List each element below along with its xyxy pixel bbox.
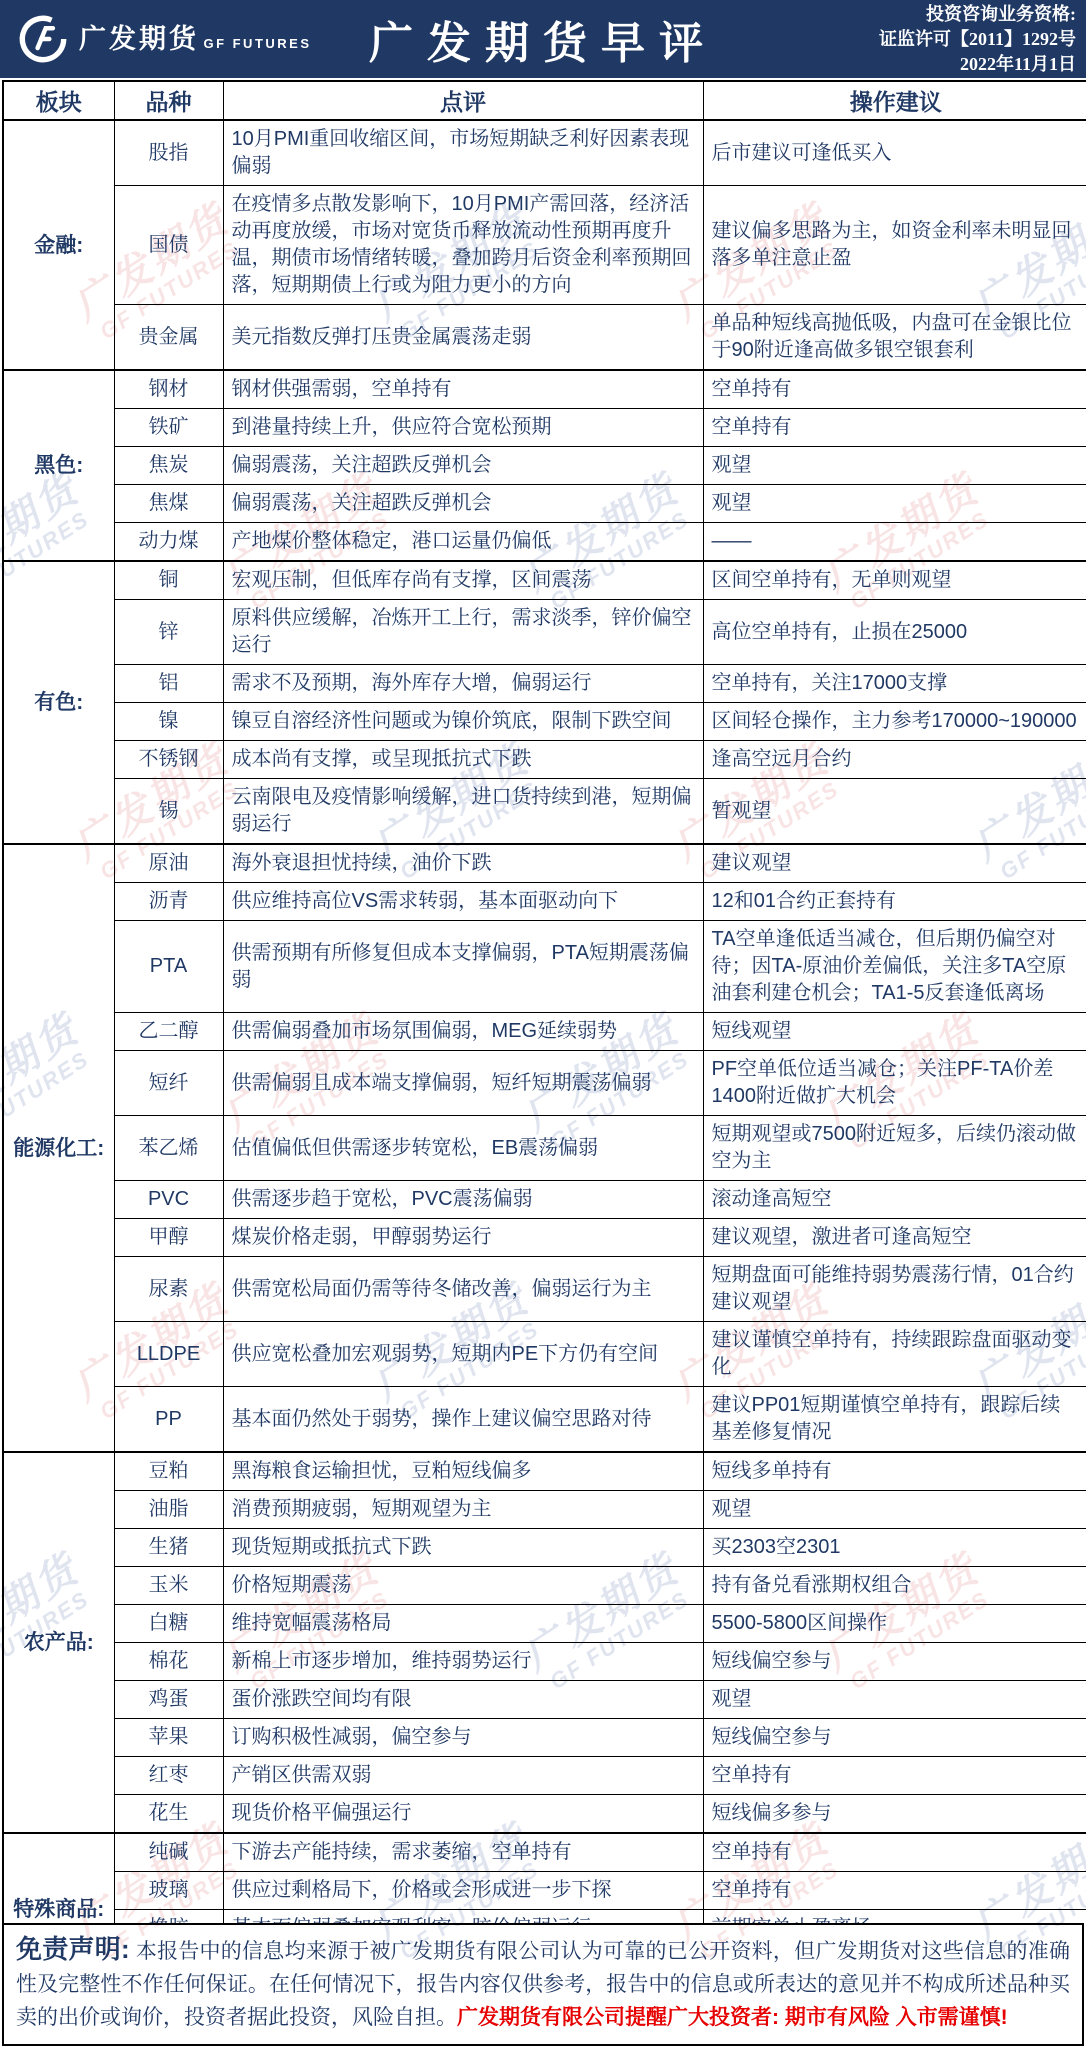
suggestion-cell: 短线偏多参与 <box>703 1795 1086 1834</box>
variety-cell: 镍 <box>114 703 223 741</box>
comment-cell: 产地煤价整体稳定，港口运量仍偏低 <box>223 523 703 562</box>
variety-cell: 铝 <box>114 665 223 703</box>
table-row: 黑色:钢材钢材供强需弱，空单持有空单持有 <box>3 370 1086 409</box>
suggestion-cell: 建议谨慎空单持有，持续跟踪盘面驱动变化 <box>703 1322 1086 1387</box>
suggestion-cell: 空单持有 <box>703 370 1086 409</box>
suggestion-cell: 短线多单持有 <box>703 1452 1086 1491</box>
suggestion-cell: 建议偏多思路为主，如资金利率未明显回落多单注意止盈 <box>703 186 1086 305</box>
variety-cell: 花生 <box>114 1795 223 1834</box>
comment-cell: 美元指数反弹打压贵金属震荡走弱 <box>223 305 703 371</box>
table-row: 铁矿到港量持续上升，供应符合宽松预期空单持有 <box>3 409 1086 447</box>
suggestion-cell: 短线观望 <box>703 1013 1086 1051</box>
variety-cell: 原油 <box>114 844 223 883</box>
risk-warning: 广发期货有限公司提醒广大投资者: 期市有风险 入市需谨慎! <box>457 2006 1008 2029</box>
report-table-body: 金融:股指10月PMI重回收缩区间，市场短期缺乏利好因素表现偏弱后市建议可逢低买… <box>3 120 1086 1923</box>
comment-cell: 云南限电及疫情影响缓解，进口货持续到港，短期偏弱运行 <box>223 779 703 845</box>
table-row: 玉米价格短期震荡持有备兑看涨期权组合 <box>3 1567 1086 1605</box>
suggestion-cell: 空单持有 <box>703 1833 1086 1872</box>
comment-cell: 宏观压制，但低库存尚有支撑，区间震荡 <box>223 561 703 600</box>
column-header-suggestion: 操作建议 <box>703 81 1086 120</box>
comment-cell: 在疫情多点散发影响下，10月PMI产需回落，经济活动再度放缓，市场对宽货币释放流… <box>223 186 703 305</box>
table-row: 油脂消费预期疲弱，短期观望为主观望 <box>3 1491 1086 1529</box>
variety-cell: 钢材 <box>114 370 223 409</box>
variety-cell: 贵金属 <box>114 305 223 371</box>
comment-cell: 偏弱震荡，关注超跌反弹机会 <box>223 447 703 485</box>
table-row: 橡胶基本面偏弱叠加宏观利空，胶价偏弱运行前期空单止盈离场 <box>3 1910 1086 1924</box>
variety-cell: 焦炭 <box>114 447 223 485</box>
suggestion-cell: 观望 <box>703 1681 1086 1719</box>
comment-cell: 煤炭价格走弱，甲醇弱势运行 <box>223 1219 703 1257</box>
comment-cell: 基本面偏弱叠加宏观利空，胶价偏弱运行 <box>223 1910 703 1924</box>
variety-cell: PVC <box>114 1181 223 1219</box>
variety-cell: 棉花 <box>114 1643 223 1681</box>
table-row: PTA供需预期有所修复但成本支撑偏弱，PTA短期震荡偏弱TA空单逢低适当减仓，但… <box>3 921 1086 1013</box>
suggestion-cell: 建议PP01短期谨慎空单持有，跟踪后续基差修复情况 <box>703 1387 1086 1453</box>
table-row: 不锈钢成本尚有支撑，或呈现抵抗式下跌逢高空远月合约 <box>3 741 1086 779</box>
variety-cell: 动力煤 <box>114 523 223 562</box>
credentials: 投资咨询业务资格: 证监许可【2011】1292号 2022年11月1日 <box>879 2 1076 77</box>
variety-cell: 不锈钢 <box>114 741 223 779</box>
comment-cell: 偏弱震荡，关注超跌反弹机会 <box>223 485 703 523</box>
table-row: 鸡蛋蛋价涨跌空间均有限观望 <box>3 1681 1086 1719</box>
suggestion-cell: 短线偏空参与 <box>703 1719 1086 1757</box>
comment-cell: 订购积极性减弱，偏空参与 <box>223 1719 703 1757</box>
variety-cell: 苹果 <box>114 1719 223 1757</box>
table-row: 特殊商品:纯碱下游去产能持续，需求萎缩，空单持有空单持有 <box>3 1833 1086 1872</box>
table-row: 花生现货价格平偏强运行短线偏多参与 <box>3 1795 1086 1834</box>
table-row: 苯乙烯估值偏低但供需逐步转宽松，EB震荡偏弱短期观望或7500附近短多，后续仍滚… <box>3 1116 1086 1181</box>
variety-cell: 沥青 <box>114 883 223 921</box>
suggestion-cell: 空单持有 <box>703 1757 1086 1795</box>
variety-cell: 鸡蛋 <box>114 1681 223 1719</box>
comment-cell: 蛋价涨跌空间均有限 <box>223 1681 703 1719</box>
report-table: 板块 品种 点评 操作建议 金融:股指10月PMI重回收缩区间，市场短期缺乏利好… <box>2 80 1086 1923</box>
comment-cell: 估值偏低但供需逐步转宽松，EB震荡偏弱 <box>223 1116 703 1181</box>
report-page: 广发期货GF FUTURES广发期货GF FUTURES广发期货GF FUTUR… <box>0 0 1086 2048</box>
table-row: 焦炭偏弱震荡，关注超跌反弹机会观望 <box>3 447 1086 485</box>
table-row: 贵金属美元指数反弹打压贵金属震荡走弱单品种短线高抛低吸，内盘可在金银比位于90附… <box>3 305 1086 371</box>
comment-cell: 供应宽松叠加宏观弱势，短期内PE下方仍有空间 <box>223 1322 703 1387</box>
suggestion-cell: 区间轻仓操作，主力参考170000~190000 <box>703 703 1086 741</box>
variety-cell: 国债 <box>114 186 223 305</box>
suggestion-cell: PF空单低位适当减仓；关注PF-TA价差1400附近做扩大机会 <box>703 1051 1086 1116</box>
suggestion-cell: 短期盘面可能维持弱势震荡行情，01合约建议观望 <box>703 1257 1086 1322</box>
disclaimer-label: 免责声明: <box>16 1934 130 1964</box>
variety-cell: PTA <box>114 921 223 1013</box>
comment-cell: 需求不及预期，海外库存大增，偏弱运行 <box>223 665 703 703</box>
comment-cell: 成本尚有支撑，或呈现抵抗式下跌 <box>223 741 703 779</box>
column-header-row: 板块 品种 点评 操作建议 <box>3 81 1086 120</box>
comment-cell: 供需偏弱且成本端支撑偏弱，短纤短期震荡偏弱 <box>223 1051 703 1116</box>
variety-cell: 锡 <box>114 779 223 845</box>
table-row: 甲醇煤炭价格走弱，甲醇弱势运行建议观望，激进者可逢高短空 <box>3 1219 1086 1257</box>
table-row: 玻璃供应过剩格局下，价格或会形成进一步下探空单持有 <box>3 1872 1086 1910</box>
variety-cell: 甲醇 <box>114 1219 223 1257</box>
variety-cell: 玉米 <box>114 1567 223 1605</box>
suggestion-cell: 短期观望或7500附近短多，后续仍滚动做空为主 <box>703 1116 1086 1181</box>
table-row: 短纤供需偏弱且成本端支撑偏弱，短纤短期震荡偏弱PF空单低位适当减仓；关注PF-T… <box>3 1051 1086 1116</box>
suggestion-cell: 前期空单止盈离场 <box>703 1910 1086 1924</box>
comment-cell: 到港量持续上升，供应符合宽松预期 <box>223 409 703 447</box>
variety-cell: 生猪 <box>114 1529 223 1567</box>
variety-cell: 玻璃 <box>114 1872 223 1910</box>
sector-cell: 农产品: <box>3 1452 114 1833</box>
comment-cell: 维持宽幅震荡格局 <box>223 1605 703 1643</box>
comment-cell: 原料供应缓解，冶炼开工上行，需求淡季，锌价偏空运行 <box>223 600 703 665</box>
variety-cell: 铁矿 <box>114 409 223 447</box>
variety-cell: 白糖 <box>114 1605 223 1643</box>
comment-cell: 新棉上市逐步增加，维持弱势运行 <box>223 1643 703 1681</box>
table-row: 沥青供应维持高位VS需求转弱，基本面驱动向下12和01合约正套持有 <box>3 883 1086 921</box>
variety-cell: 短纤 <box>114 1051 223 1116</box>
variety-cell: PP <box>114 1387 223 1453</box>
suggestion-cell: 买2303空2301 <box>703 1529 1086 1567</box>
report-date: 2022年11月1日 <box>879 52 1076 77</box>
table-row: LLDPE供应宽松叠加宏观弱势，短期内PE下方仍有空间建议谨慎空单持有，持续跟踪… <box>3 1322 1086 1387</box>
suggestion-cell: 建议观望 <box>703 844 1086 883</box>
suggestion-cell: 后市建议可逢低买入 <box>703 120 1086 186</box>
logo-name-cn: 广发期货 <box>79 24 199 54</box>
sector-cell: 黑色: <box>3 370 114 561</box>
comment-cell: 消费预期疲弱，短期观望为主 <box>223 1491 703 1529</box>
table-row: 农产品:豆粕黑海粮食运输担忧，豆粕短线偏多短线多单持有 <box>3 1452 1086 1491</box>
gf-futures-logo: 广发期货 GF FUTURES <box>16 12 312 66</box>
table-row: PP基本面仍然处于弱势，操作上建议偏空思路对待建议PP01短期谨慎空单持有，跟踪… <box>3 1387 1086 1453</box>
table-row: 焦煤偏弱震荡，关注超跌反弹机会观望 <box>3 485 1086 523</box>
variety-cell: 红枣 <box>114 1757 223 1795</box>
comment-cell: 现货价格平偏强运行 <box>223 1795 703 1834</box>
table-row: 苹果订购积极性减弱，偏空参与短线偏空参与 <box>3 1719 1086 1757</box>
suggestion-cell: 高位空单持有，止损在25000 <box>703 600 1086 665</box>
suggestion-cell: 空单持有 <box>703 409 1086 447</box>
variety-cell: 油脂 <box>114 1491 223 1529</box>
column-header-variety: 品种 <box>114 81 223 120</box>
sector-cell: 金融: <box>3 120 114 370</box>
suggestion-cell: 空单持有，关注17000支撑 <box>703 665 1086 703</box>
table-row: 镍镍豆自溶经济性问题或为镍价筑底，限制下跌空间区间轻仓操作，主力参考170000… <box>3 703 1086 741</box>
table-row: 尿素供需宽松局面仍需等待冬储改善，偏弱运行为主短期盘面可能维持弱势震荡行情，01… <box>3 1257 1086 1322</box>
table-row: 金融:股指10月PMI重回收缩区间，市场短期缺乏利好因素表现偏弱后市建议可逢低买… <box>3 120 1086 186</box>
comment-cell: 下游去产能持续，需求萎缩，空单持有 <box>223 1833 703 1872</box>
comment-cell: 供应维持高位VS需求转弱，基本面驱动向下 <box>223 883 703 921</box>
suggestion-cell: 单品种短线高抛低吸，内盘可在金银比位于90附近逢高做多银空银套利 <box>703 305 1086 371</box>
suggestion-cell: 观望 <box>703 1491 1086 1529</box>
comment-cell: 钢材供强需弱，空单持有 <box>223 370 703 409</box>
variety-cell: 乙二醇 <box>114 1013 223 1051</box>
variety-cell: 苯乙烯 <box>114 1116 223 1181</box>
variety-cell: 焦煤 <box>114 485 223 523</box>
suggestion-cell: 5500-5800区间操作 <box>703 1605 1086 1643</box>
variety-cell: 橡胶 <box>114 1910 223 1924</box>
suggestion-cell: 12和01合约正套持有 <box>703 883 1086 921</box>
suggestion-cell: 建议观望，激进者可逢高短空 <box>703 1219 1086 1257</box>
table-row: 白糖维持宽幅震荡格局5500-5800区间操作 <box>3 1605 1086 1643</box>
credential-label: 投资咨询业务资格: <box>879 2 1076 27</box>
table-row: 有色:铜宏观压制，但低库存尚有支撑，区间震荡区间空单持有，无单则观望 <box>3 561 1086 600</box>
comment-cell: 黑海粮食运输担忧，豆粕短线偏多 <box>223 1452 703 1491</box>
suggestion-cell: 逢高空远月合约 <box>703 741 1086 779</box>
comment-cell: 10月PMI重回收缩区间，市场短期缺乏利好因素表现偏弱 <box>223 120 703 186</box>
credential-number: 证监许可【2011】1292号 <box>879 27 1076 52</box>
comment-cell: 供需偏弱叠加市场氛围偏弱，MEG延续弱势 <box>223 1013 703 1051</box>
comment-cell: 海外衰退担忧持续，油价下跌 <box>223 844 703 883</box>
table-row: 国债在疫情多点散发影响下，10月PMI产需回落，经济活动再度放缓，市场对宽货币释… <box>3 186 1086 305</box>
comment-cell: 镍豆自溶经济性问题或为镍价筑底，限制下跌空间 <box>223 703 703 741</box>
suggestion-cell: 暂观望 <box>703 779 1086 845</box>
suggestion-cell: 持有备兑看涨期权组合 <box>703 1567 1086 1605</box>
column-header-sector: 板块 <box>3 81 114 120</box>
suggestion-cell: 滚动逢高短空 <box>703 1181 1086 1219</box>
comment-cell: 供应过剩格局下，价格或会形成进一步下探 <box>223 1872 703 1910</box>
variety-cell: 股指 <box>114 120 223 186</box>
table-row: 乙二醇供需偏弱叠加市场氛围偏弱，MEG延续弱势短线观望 <box>3 1013 1086 1051</box>
table-row: 锡云南限电及疫情影响缓解，进口货持续到港，短期偏弱运行暂观望 <box>3 779 1086 845</box>
table-row: 动力煤产地煤价整体稳定，港口运量仍偏低—— <box>3 523 1086 562</box>
gf-logo-icon <box>16 12 70 66</box>
table-row: PVC供需逐步趋于宽松，PVC震荡偏弱滚动逢高短空 <box>3 1181 1086 1219</box>
table-wrap: 板块 品种 点评 操作建议 金融:股指10月PMI重回收缩区间，市场短期缺乏利好… <box>0 78 1086 1923</box>
suggestion-cell: 区间空单持有，无单则观望 <box>703 561 1086 600</box>
table-row: 生猪现货短期或抵抗式下跌买2303空2301 <box>3 1529 1086 1567</box>
suggestion-cell: —— <box>703 523 1086 562</box>
sector-cell: 能源化工: <box>3 844 114 1452</box>
table-row: 棉花新棉上市逐步增加，维持弱势运行短线偏空参与 <box>3 1643 1086 1681</box>
disclaimer: 免责声明:本报告中的信息均来源于被广发期货有限公司认为可靠的已公开资料，但广发期… <box>2 1923 1084 2046</box>
comment-cell: 价格短期震荡 <box>223 1567 703 1605</box>
comment-cell: 供需宽松局面仍需等待冬储改善，偏弱运行为主 <box>223 1257 703 1322</box>
variety-cell: 纯碱 <box>114 1833 223 1872</box>
table-row: 能源化工:原油海外衰退担忧持续，油价下跌建议观望 <box>3 844 1086 883</box>
column-header-comment: 点评 <box>223 81 703 120</box>
variety-cell: 铜 <box>114 561 223 600</box>
suggestion-cell: 空单持有 <box>703 1872 1086 1910</box>
variety-cell: LLDPE <box>114 1322 223 1387</box>
sector-cell: 特殊商品: <box>3 1833 114 1923</box>
comment-cell: 供需预期有所修复但成本支撑偏弱，PTA短期震荡偏弱 <box>223 921 703 1013</box>
table-row: 锌原料供应缓解，冶炼开工上行，需求淡季，锌价偏空运行高位空单持有，止损在2500… <box>3 600 1086 665</box>
table-row: 铝需求不及预期，海外库存大增，偏弱运行空单持有，关注17000支撑 <box>3 665 1086 703</box>
variety-cell: 锌 <box>114 600 223 665</box>
logo-name-en: GF FUTURES <box>203 36 311 51</box>
suggestion-cell: 短线偏空参与 <box>703 1643 1086 1681</box>
comment-cell: 产销区供需双弱 <box>223 1757 703 1795</box>
table-row: 红枣产销区供需双弱空单持有 <box>3 1757 1086 1795</box>
comment-cell: 现货短期或抵抗式下跌 <box>223 1529 703 1567</box>
comment-cell: 基本面仍然处于弱势，操作上建议偏空思路对待 <box>223 1387 703 1453</box>
comment-cell: 供需逐步趋于宽松，PVC震荡偏弱 <box>223 1181 703 1219</box>
suggestion-cell: 观望 <box>703 447 1086 485</box>
sector-cell: 有色: <box>3 561 114 844</box>
suggestion-cell: TA空单逢低适当减仓，但后期仍偏空对待；因TA-原油价差偏低，关注多TA空原油套… <box>703 921 1086 1013</box>
header-band: 广发期货 GF FUTURES 广发期货早评 投资咨询业务资格: 证监许可【20… <box>0 0 1086 78</box>
suggestion-cell: 观望 <box>703 485 1086 523</box>
variety-cell: 豆粕 <box>114 1452 223 1491</box>
variety-cell: 尿素 <box>114 1257 223 1322</box>
